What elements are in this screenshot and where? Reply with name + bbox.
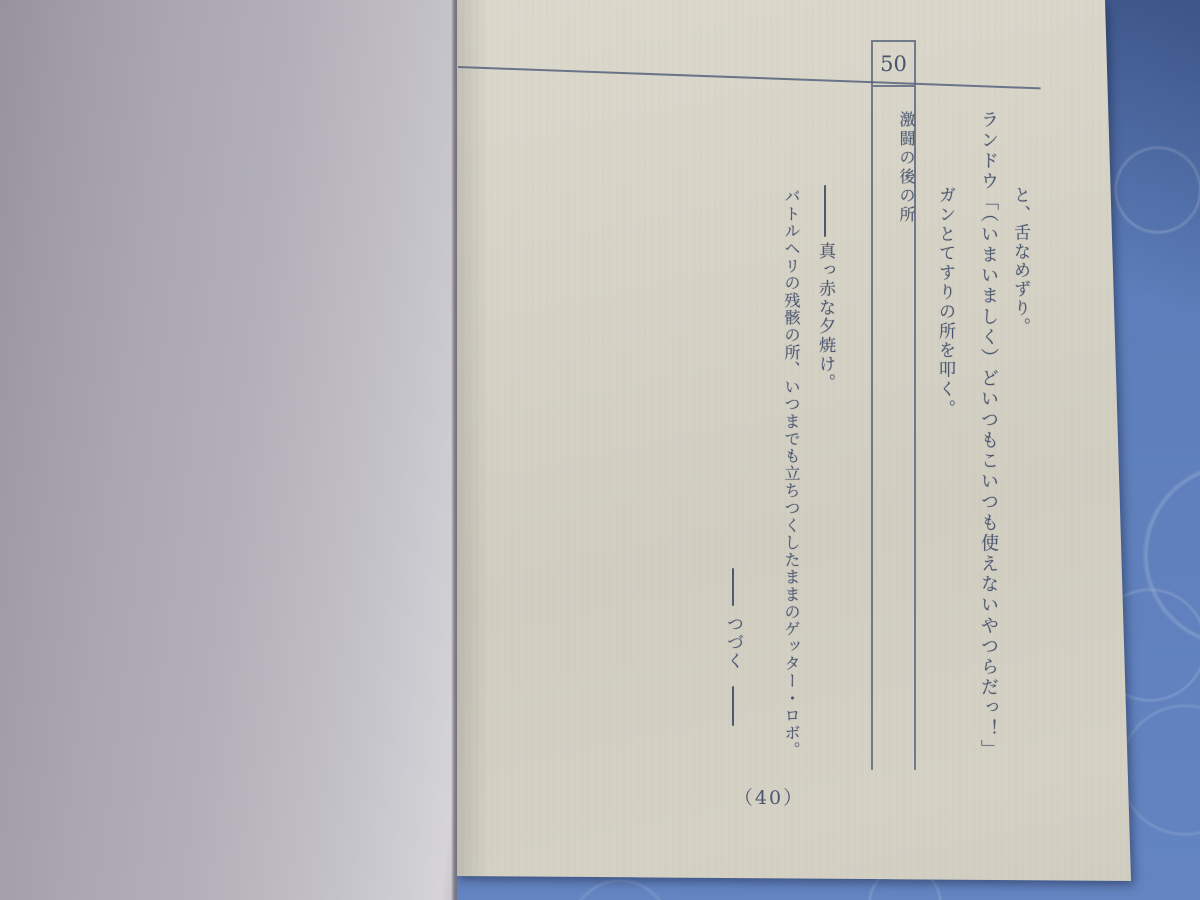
action-line-sunset-text: 真っ赤な夕焼け。 xyxy=(815,242,835,392)
continued-text: つづく xyxy=(723,615,743,671)
em-dash xyxy=(824,185,826,237)
script-page: 50 激闘の後の所 と、舌なめずり。 ランドウ「（いまいましく）どいつもこいつも… xyxy=(455,0,1145,900)
action-line-tongue: と、舌なめずり。 xyxy=(1011,186,1028,336)
em-dash xyxy=(732,568,734,606)
action-line-gan-handrail: ガンとてすりの所を叩く。 xyxy=(936,186,953,419)
dialogue-line-randou: ランドウ「（いまいましく）どいつもこいつも使えないやつらだっ！」 xyxy=(979,110,997,760)
page-number: （40） xyxy=(723,783,815,810)
scene-number-box: 50 xyxy=(873,40,914,87)
scene-heading: 激闘の後の所 xyxy=(873,111,914,225)
scene-number: 50 xyxy=(880,52,907,76)
continued-mark: つづく xyxy=(724,568,741,726)
em-dash xyxy=(732,686,734,726)
header-horizontal-rule xyxy=(458,66,1041,89)
left-blank-page xyxy=(0,0,457,900)
script-page-wrap: 50 激闘の後の所 と、舌なめずり。 ランドウ「（いまいましく）どいつもこいつも… xyxy=(455,0,1145,900)
action-line-getter-robo: バトルヘリの残骸の所、いつまでも立ちつくしたままのゲッター・ロボ。 xyxy=(783,188,799,759)
scene-heading-column: 50 激闘の後の所 xyxy=(871,40,916,770)
action-line-sunset: 真っ赤な夕焼け。 xyxy=(816,185,833,392)
